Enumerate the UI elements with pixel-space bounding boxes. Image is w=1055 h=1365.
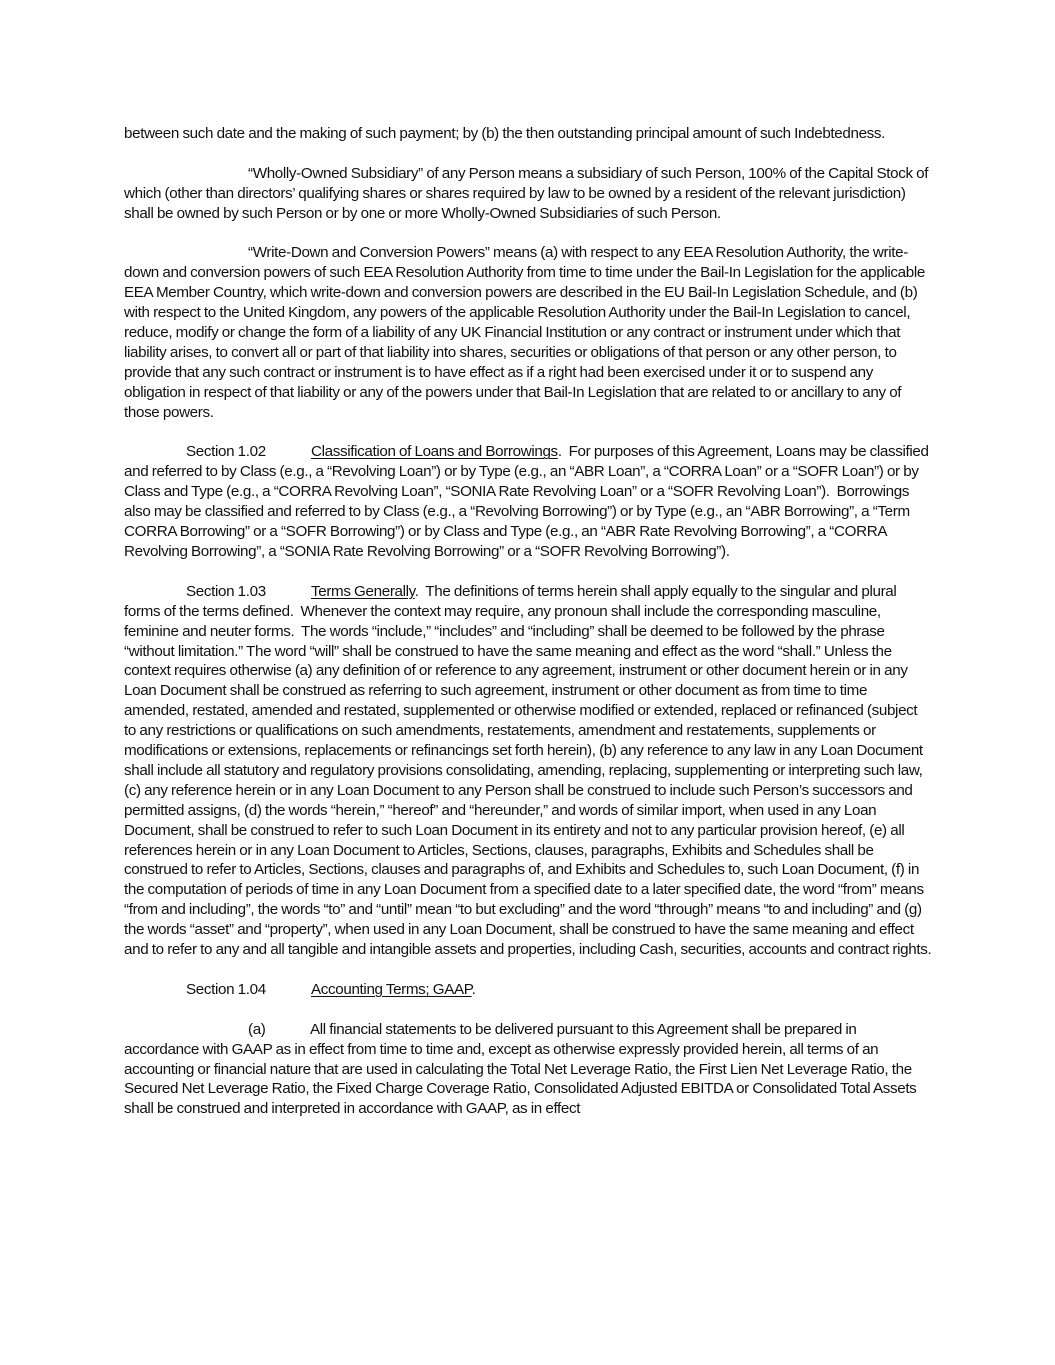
- defined-term: “Wholly-Owned Subsidiary”: [248, 165, 423, 182]
- section-1-04: Section 1.04Accounting Terms; GAAP.: [124, 980, 932, 1000]
- subsection-1-04-a: (a)All financial statements to be delive…: [124, 1020, 932, 1120]
- definition-wholly-owned-subsidiary: “Wholly-Owned Subsidiary” of any Person …: [124, 164, 932, 224]
- paragraph-text: between such date and the making of such…: [124, 125, 885, 142]
- document-page: between such date and the making of such…: [124, 124, 932, 1139]
- section-number: Section 1.04: [186, 980, 311, 1000]
- section-1-03: Section 1.03Terms Generally. The definit…: [124, 582, 932, 960]
- section-heading: Accounting Terms; GAAP: [311, 981, 472, 998]
- definition-text: of any Person means a subsidiary of such…: [124, 165, 928, 222]
- section-text: The definitions of terms herein shall ap…: [124, 583, 931, 958]
- section-heading: Classification of Loans and Borrowings: [311, 443, 558, 460]
- section-heading: Terms Generally: [311, 583, 415, 600]
- definition-text: means (a) with respect to any EEA Resolu…: [124, 244, 925, 420]
- defined-term: “Write-Down and Conversion Powers”: [248, 244, 490, 261]
- subsection-text: All financial statements to be delivered…: [124, 1021, 916, 1118]
- section-number: Section 1.02: [186, 442, 311, 462]
- section-number: Section 1.03: [186, 582, 311, 602]
- definition-write-down-and-conversion-powers: “Write-Down and Conversion Powers” means…: [124, 243, 932, 422]
- continuation-paragraph: between such date and the making of such…: [124, 124, 932, 144]
- section-heading-punct: .: [472, 981, 476, 998]
- section-1-02: Section 1.02Classification of Loans and …: [124, 442, 932, 561]
- subsection-label: (a): [248, 1020, 310, 1040]
